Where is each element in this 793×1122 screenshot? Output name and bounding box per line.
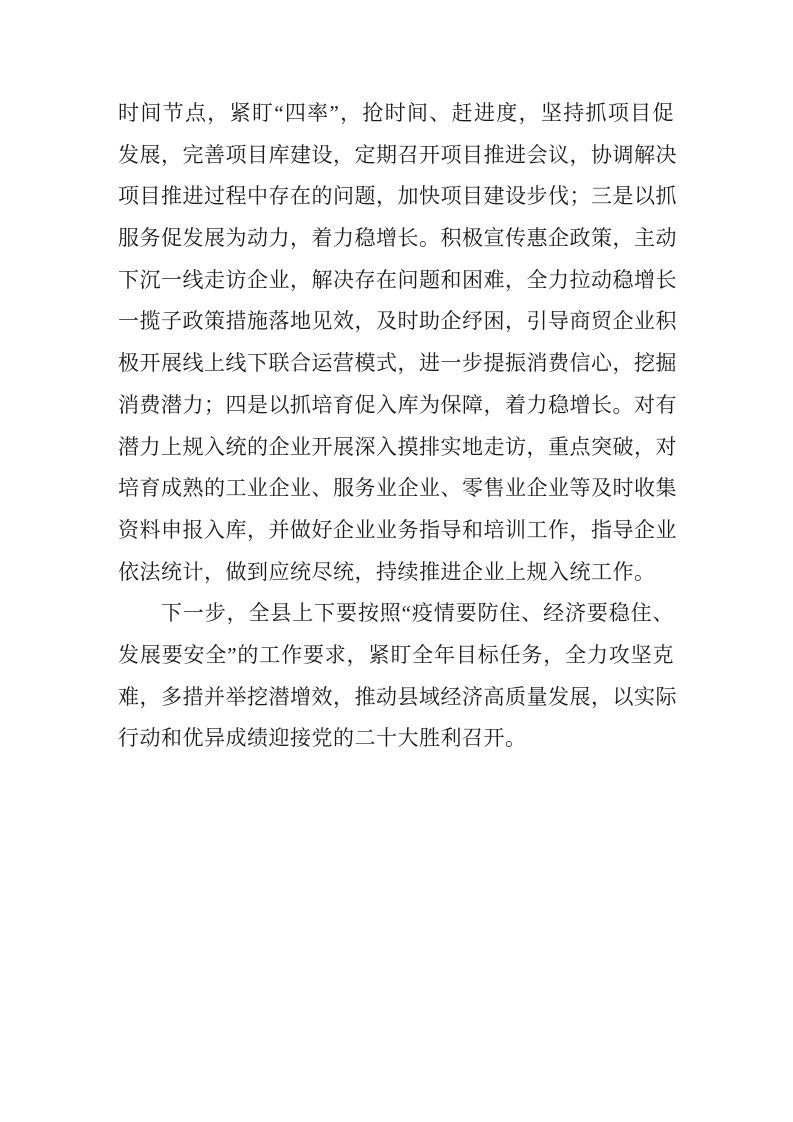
text-line: 时间节点，紧盯“四率”，抢时间、赶进度，坚持抓项目促	[118, 93, 674, 135]
text-line: 一揽子政策措施落地见效，及时助企纾困，引导商贸企业积	[118, 301, 674, 343]
paragraph-1: 时间节点，紧盯“四率”，抢时间、赶进度，坚持抓项目促 发展，完善项目库建设，定期…	[118, 93, 674, 593]
text-line: 下一步，全县上下要按照“疫情要防住、经济要稳住、	[118, 593, 674, 635]
text-line: 下沉一线走访企业，解决存在问题和困难，全力拉动稳增长	[118, 260, 674, 302]
text-line: 发展，完善项目库建设，定期召开项目推进会议，协调解决	[118, 135, 674, 177]
text-line: 培育成熟的工业企业、服务业企业、零售业企业等及时收集	[118, 468, 674, 510]
paragraph-2: 下一步，全县上下要按照“疫情要防住、经济要稳住、 发展要安全”的工作要求，紧盯全…	[118, 593, 674, 760]
text-line: 消费潜力；四是以抓培育促入库为保障，着力稳增长。对有	[118, 385, 674, 427]
text-line: 服务促发展为动力，着力稳增长。积极宣传惠企政策，主动	[118, 218, 674, 260]
text-line: 资料申报入库，并做好企业业务指导和培训工作，指导企业	[118, 510, 674, 552]
text-line: 极开展线上线下联合运营模式，进一步提振消费信心，挖掘	[118, 343, 674, 385]
text-line: 发展要安全”的工作要求，紧盯全年目标任务，全力攻坚克	[118, 635, 674, 677]
text-line: 依法统计，做到应统尽统，持续推进企业上规入统工作。	[118, 552, 674, 594]
text-line: 行动和优异成绩迎接党的二十大胜利召开。	[118, 718, 674, 760]
document-text-block: 时间节点，紧盯“四率”，抢时间、赶进度，坚持抓项目促 发展，完善项目库建设，定期…	[118, 93, 674, 760]
document-page: 时间节点，紧盯“四率”，抢时间、赶进度，坚持抓项目促 发展，完善项目库建设，定期…	[0, 0, 793, 1122]
text-line: 难，多措并举挖潜增效，推动县域经济高质量发展，以实际	[118, 677, 674, 719]
text-line: 项目推进过程中存在的问题，加快项目建设步伐；三是以抓	[118, 176, 674, 218]
text-line: 潜力上规入统的企业开展深入摸排实地走访，重点突破，对	[118, 427, 674, 469]
